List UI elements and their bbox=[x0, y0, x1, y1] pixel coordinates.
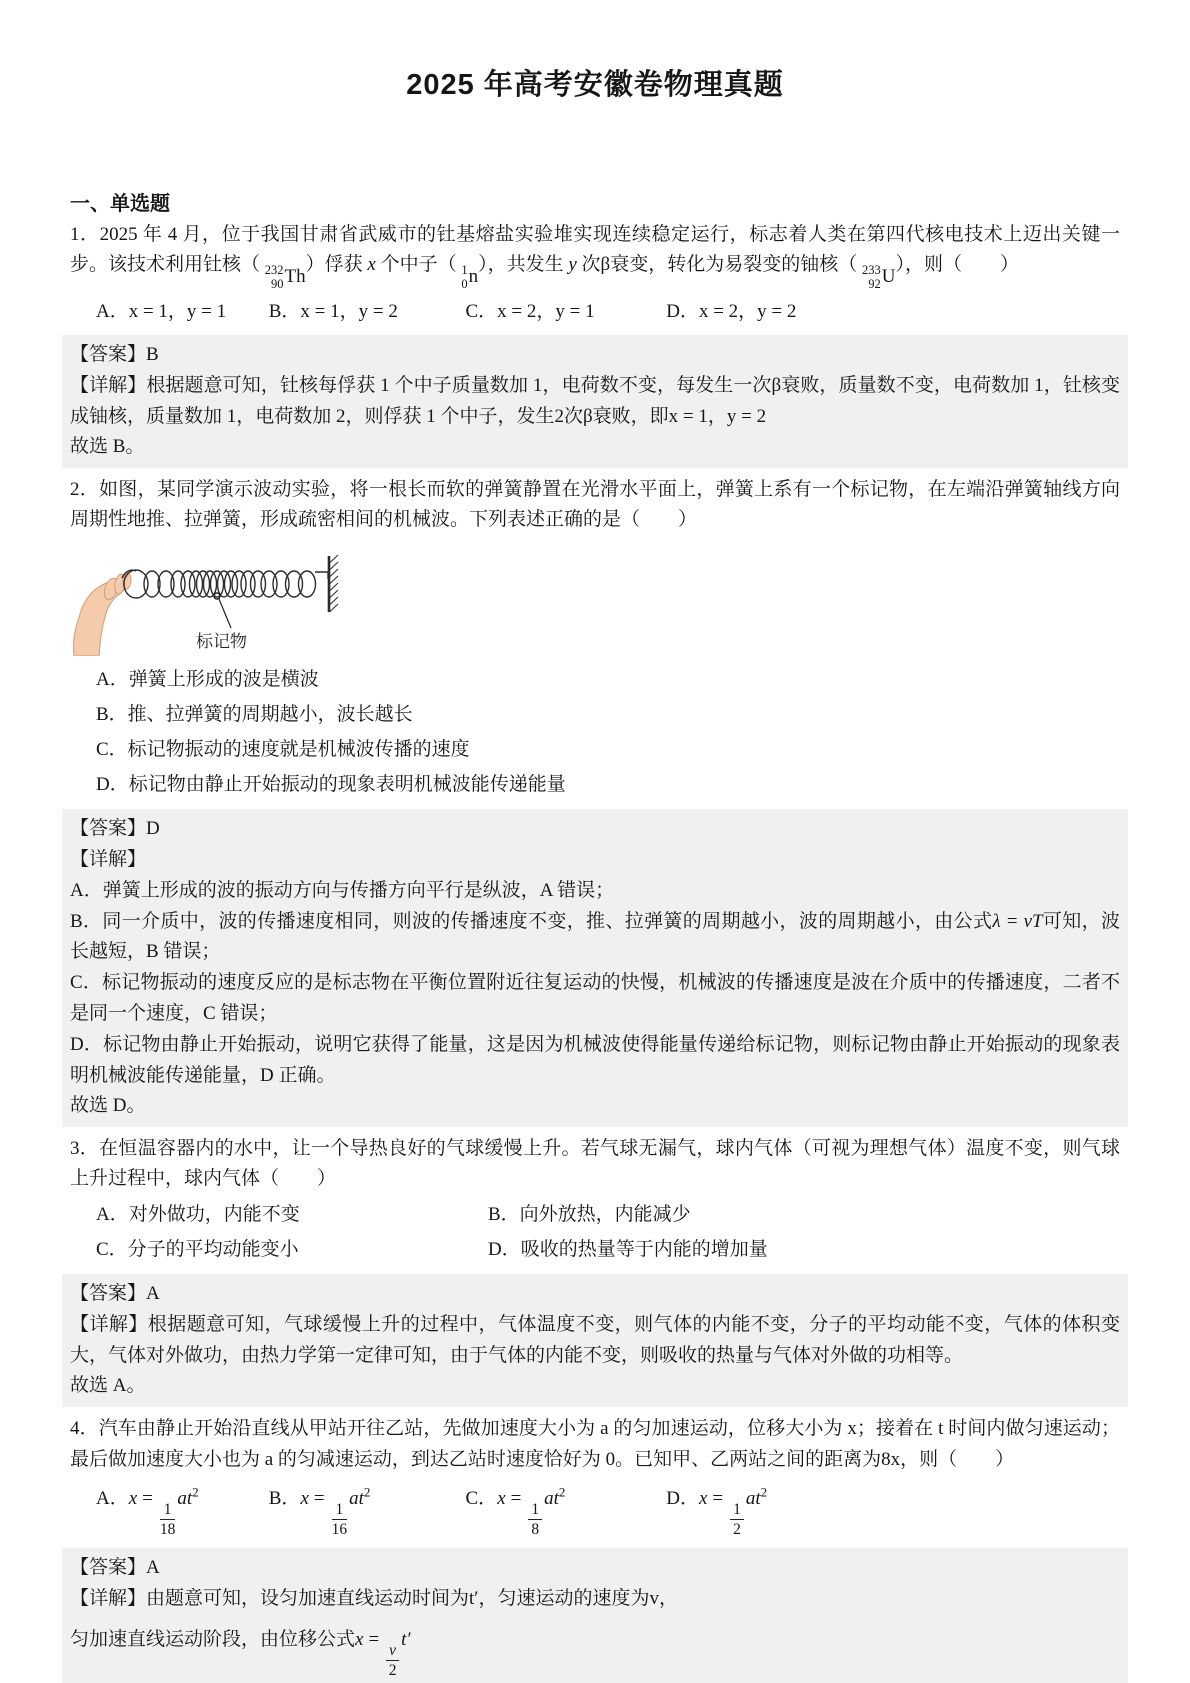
q3-option-b: B．向外放热，内能减少 bbox=[488, 1197, 1120, 1232]
q2-detail-a: A．弹簧上形成的波的振动方向与传播方向平行是纵波，A 错误； bbox=[70, 876, 1120, 907]
q3-answer-line: 【答案】A bbox=[70, 1279, 1120, 1310]
q3-option-c: C．分子的平均动能变小 bbox=[96, 1232, 488, 1267]
q3-detail-line: 【详解】根据题意可知，气球缓慢上升的过程中，气体温度不变，则气体的内能不变，分子… bbox=[70, 1310, 1120, 1372]
marker-leader-line bbox=[219, 599, 231, 628]
uranium-nuclide: 23392U bbox=[862, 262, 895, 292]
fraction-v-over-2: v2 bbox=[386, 1642, 399, 1679]
q2-option-c: C．标记物振动的速度就是机械波传播的速度 bbox=[70, 732, 1120, 767]
q2-answer: D bbox=[146, 818, 160, 839]
q3-answer: A bbox=[146, 1283, 160, 1304]
q4-option-c: C．x=18at2 bbox=[466, 1483, 662, 1538]
question-2-options: A．弹簧上形成的波是横波 B．推、拉弹簧的周期越小，波长越长 C．标记物振动的速… bbox=[70, 662, 1120, 803]
answer-label: 【答案】 bbox=[70, 818, 146, 839]
section-heading: 一、单选题 bbox=[70, 187, 1120, 216]
hand-illustration bbox=[73, 572, 131, 655]
formula-lambda-vt: λ = vT bbox=[992, 911, 1042, 932]
q3-option-d: D．吸收的热量等于内能的增加量 bbox=[488, 1232, 1120, 1267]
question-1-options: A．x = 1，y = 1 B．x = 1，y = 2 C．x = 2，y = … bbox=[70, 296, 1120, 328]
fraction: 116 bbox=[332, 1501, 348, 1538]
q3-conclusion: 故选 A。 bbox=[70, 1371, 1120, 1402]
question-3-options: A．对外做功，内能不变 B．向外放热，内能减少 C．分子的平均动能变小 D．吸收… bbox=[70, 1197, 1120, 1267]
fraction: 12 bbox=[730, 1501, 744, 1538]
answer-box-q2: 【答案】D 【详解】 A．弹簧上形成的波的振动方向与传播方向平行是纵波，A 错误… bbox=[62, 809, 1128, 1127]
q1-detail-line: 【详解】根据题意可知，钍核每俘获 1 个中子质量数加 1，电荷数不变，每发生一次… bbox=[70, 371, 1120, 433]
answer-box-q4: 【答案】A 【详解】由题意可知，设匀加速直线运动时间为t′，匀速运动的速度为v，… bbox=[62, 1548, 1128, 1683]
q1-conclusion: 故选 B。 bbox=[70, 432, 1120, 463]
q2-answer-line: 【答案】D bbox=[70, 814, 1120, 845]
q2-detail-d: D．标记物由静止开始振动，说明它获得了能量，这是因为机械波使得能量传递给标记物，… bbox=[70, 1030, 1120, 1092]
detail-label: 【详解】 bbox=[70, 1314, 148, 1335]
q2-option-d: D．标记物由静止开始振动的现象表明机械波能传递能量 bbox=[70, 767, 1120, 802]
answer-box-q1: 【答案】B 【详解】根据题意可知，钍核每俘获 1 个中子质量数加 1，电荷数不变… bbox=[62, 335, 1128, 468]
q1-detail: 根据题意可知，钍核每俘获 1 个中子质量数加 1，电荷数不变，每发生一次β衰败，… bbox=[70, 375, 1120, 427]
question-2-figure: 标记物 bbox=[70, 544, 1120, 662]
answer-label: 【答案】 bbox=[70, 1557, 146, 1578]
answer-label: 【答案】 bbox=[70, 344, 146, 365]
q4-option-a: A．x=118at2 bbox=[96, 1483, 264, 1538]
q2-option-b: B．推、拉弹簧的周期越小，波长越长 bbox=[70, 697, 1120, 732]
q2-option-a: A．弹簧上形成的波是横波 bbox=[70, 662, 1120, 697]
var-x: x bbox=[367, 254, 375, 275]
q4-detail: 由题意可知，设匀加速直线运动时间为t′，匀速运动的速度为v， bbox=[146, 1588, 678, 1609]
q4-option-b: B．x=116at2 bbox=[269, 1483, 461, 1538]
question-3-stem: 3．在恒温容器内的水中，让一个导热良好的气球缓慢上升。若气球无漏气，球内气体（可… bbox=[70, 1134, 1120, 1195]
question-4-options: A．x=118at2 B．x=116at2 C．x=18at2 D．x=12at… bbox=[70, 1483, 1120, 1538]
q2-detail-label: 【详解】 bbox=[70, 845, 1120, 876]
page-title: 2025 年高考安徽卷物理真题 bbox=[70, 62, 1120, 103]
spring-wave-figure: 标记物 bbox=[70, 544, 400, 656]
question-2-stem: 2．如图，某同学演示波动实验，将一根长而软的弹簧静置在光滑水平面上，弹簧上系有一… bbox=[70, 475, 1120, 536]
q3-detail: 根据题意可知，气球缓慢上升的过程中，气体温度不变，则气体的内能不变，分子的平均动… bbox=[70, 1314, 1120, 1366]
question-4-stem: 4．汽车由静止开始沿直线从甲站开往乙站，先做加速度大小为 a 的匀加速运动，位移… bbox=[70, 1414, 1120, 1475]
neutron-nuclide: 10n bbox=[461, 262, 478, 292]
fraction: 18 bbox=[528, 1501, 542, 1538]
q1-option-c: C．x = 2，y = 1 bbox=[466, 296, 662, 328]
q1-option-d: D．x = 2，y = 2 bbox=[666, 296, 796, 328]
q2-detail-b: B．同一介质中，波的传播速度相同，则波的传播速度不变，推、拉弹簧的周期越小，波的… bbox=[70, 907, 1120, 969]
q1-option-a: A．x = 1，y = 1 bbox=[96, 296, 264, 328]
figure-label: 标记物 bbox=[196, 632, 247, 651]
q1-answer: B bbox=[146, 344, 159, 365]
answer-box-q3: 【答案】A 【详解】根据题意可知，气球缓慢上升的过程中，气体温度不变，则气体的内… bbox=[62, 1274, 1128, 1407]
detail-label: 【详解】 bbox=[70, 375, 146, 396]
thorium-nuclide: 23290Th bbox=[265, 262, 306, 292]
wall bbox=[329, 555, 338, 612]
exam-document: 2025 年高考安徽卷物理真题 一、单选题 1．2025 年 4 月，位于我国甘… bbox=[0, 0, 1190, 1683]
detail-label: 【详解】 bbox=[70, 1588, 146, 1609]
var-y: y bbox=[568, 254, 576, 275]
answer-label: 【答案】 bbox=[70, 1283, 146, 1304]
q4-answer: A bbox=[146, 1557, 160, 1578]
q3-option-a: A．对外做功，内能不变 bbox=[96, 1197, 488, 1232]
q1-answer-line: 【答案】B bbox=[70, 340, 1120, 371]
q4-displacement-formula: 匀加速直线运动阶段，由位移公式x=v2t′ bbox=[70, 1625, 1120, 1679]
fraction: 118 bbox=[160, 1501, 176, 1538]
spring-coils bbox=[122, 570, 328, 598]
q1-option-b: B．x = 1，y = 2 bbox=[269, 296, 461, 328]
question-1-stem: 1．2025 年 4 月，位于我国甘肃省武威市的钍基熔盐实验堆实现连续稳定运行，… bbox=[70, 220, 1120, 293]
q4-answer-line: 【答案】A bbox=[70, 1553, 1120, 1584]
q4-detail-line: 【详解】由题意可知，设匀加速直线运动时间为t′，匀速运动的速度为v， bbox=[70, 1584, 1120, 1615]
q2-detail-c: C．标记物振动的速度反应的是标志物在平衡位置附近往复运动的快慢，机械波的传播速度… bbox=[70, 968, 1120, 1030]
q2-conclusion: 故选 D。 bbox=[70, 1091, 1120, 1122]
q4-option-d: D．x=12at2 bbox=[666, 1483, 767, 1538]
